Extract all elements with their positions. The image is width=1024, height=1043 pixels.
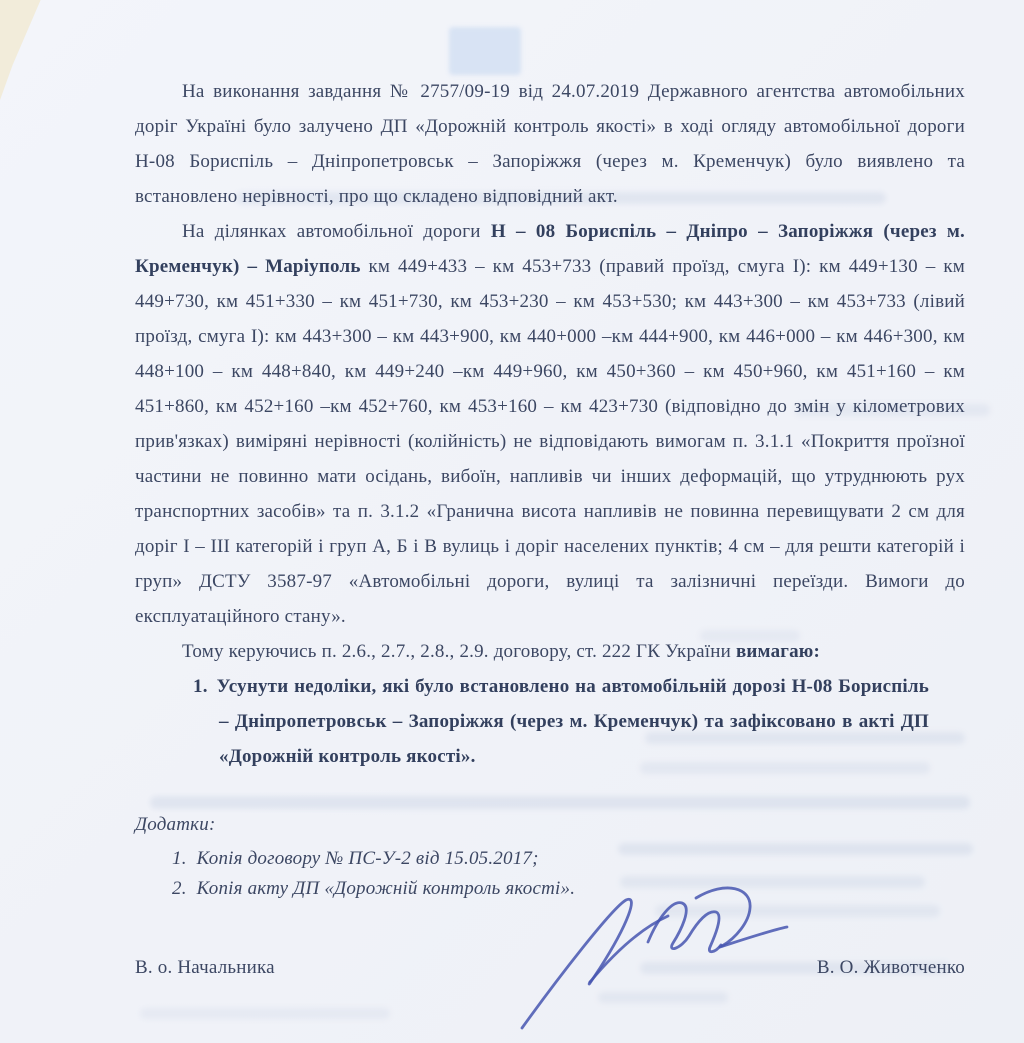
attachment-item: 1.Копія договору № ПС-У-2 від 15.05.2017… bbox=[172, 844, 965, 874]
paragraph-demand-intro: Тому керуючись п. 2.6., 2.7., 2.8., 2.9.… bbox=[135, 634, 965, 669]
demand-intro-lead: Тому керуючись п. 2.6., 2.7., 2.8., 2.9.… bbox=[182, 641, 736, 662]
attachment-item: 2.Копія акту ДП «Дорожній контроль якост… bbox=[172, 874, 965, 904]
stamp-bleed-artifact bbox=[449, 27, 521, 75]
demand-list-item: 1.Усунути недоліки, які було встановлено… bbox=[193, 669, 929, 774]
paragraph-road-sections: На ділянках автомобільної дороги Н – 08 … bbox=[135, 214, 965, 634]
attachment-item-text: Копія акту ДП «Дорожній контроль якості»… bbox=[197, 878, 576, 899]
paragraph-intro-text: На виконання завдання № 2757/09-19 від 2… bbox=[135, 81, 965, 207]
scanned-document-page: На виконання завдання № 2757/09-19 від 2… bbox=[0, 0, 1024, 1043]
road-sections-detail: км 449+433 – км 453+733 (правий проїзд, … bbox=[135, 256, 965, 627]
demand-item-text: Усунути недоліки, які було встановлено н… bbox=[217, 676, 929, 767]
document-body: На виконання завдання № 2757/09-19 від 2… bbox=[135, 74, 965, 985]
paragraph-intro: На виконання завдання № 2757/09-19 від 2… bbox=[135, 74, 965, 214]
demand-item-number: 1. bbox=[193, 676, 208, 697]
attachment-item-text: Копія договору № ПС-У-2 від 15.05.2017; bbox=[197, 848, 539, 869]
bleed-through-line bbox=[140, 1008, 390, 1019]
signer-position: В. о. Начальника bbox=[135, 950, 275, 985]
attachment-item-number: 1. bbox=[172, 848, 187, 869]
scan-corner-artifact bbox=[0, 0, 70, 100]
road-sections-lead: На ділянках автомобільної дороги bbox=[182, 221, 491, 242]
signature-row: В. о. Начальника В. О. Животченко bbox=[135, 950, 965, 985]
attachment-item-number: 2. bbox=[172, 878, 187, 899]
bleed-through-line bbox=[598, 992, 728, 1003]
signer-name: В. О. Животченко bbox=[817, 950, 965, 985]
attachments-label: Додатки: bbox=[135, 810, 965, 840]
demand-intro-bold: вимагаю: bbox=[736, 641, 820, 662]
attachments-section: Додатки: 1.Копія договору № ПС-У-2 від 1… bbox=[135, 810, 965, 904]
